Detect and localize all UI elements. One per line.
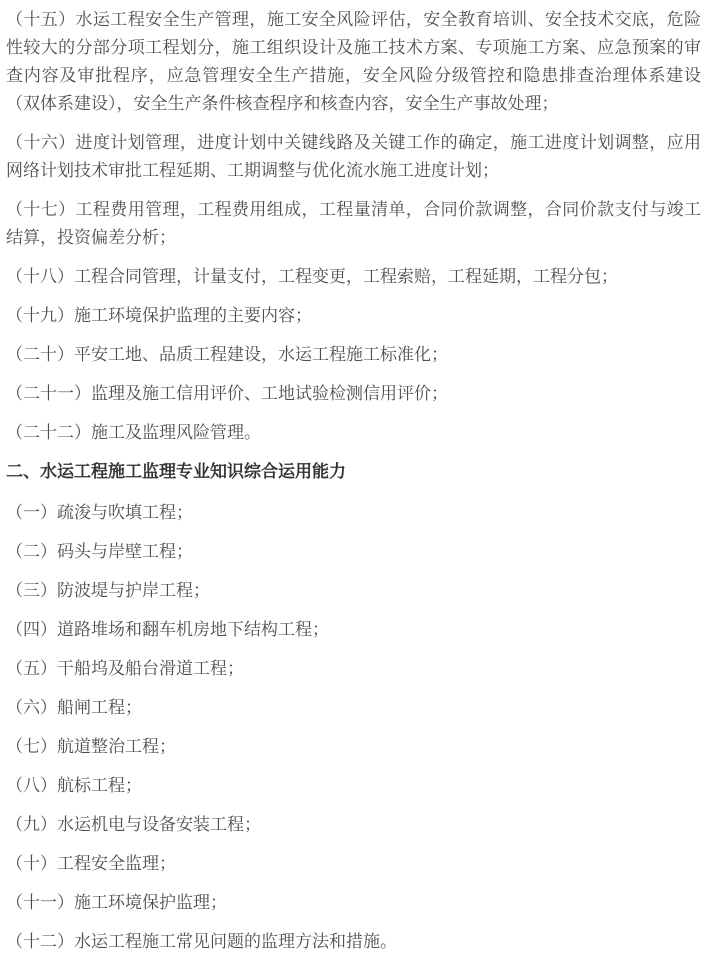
list-item-12: （十二）水运工程施工常见问题的监理方法和措施。 bbox=[6, 928, 701, 956]
paragraph-item-17: （十七）工程费用管理，工程费用组成，工程量清单，合同价款调整，合同价款支付与竣工… bbox=[6, 196, 701, 252]
list-item-8: （八）航标工程； bbox=[6, 772, 701, 800]
list-item-7: （七）航道整治工程； bbox=[6, 733, 701, 761]
paragraph-item-16: （十六）进度计划管理，进度计划中关键线路及关键工作的确定，施工进度计划调整，应用… bbox=[6, 129, 701, 185]
list-item-1: （一）疏浚与吹填工程； bbox=[6, 499, 701, 527]
list-item-9: （九）水运机电与设备安装工程； bbox=[6, 811, 701, 839]
list-item-6: （六）船闸工程； bbox=[6, 694, 701, 722]
paragraph-item-22: （二十二）施工及监理风险管理。 bbox=[6, 419, 701, 447]
list-item-4: （四）道路堆场和翻车机房地下结构工程； bbox=[6, 616, 701, 644]
list-item-5: （五）干船坞及船台滑道工程； bbox=[6, 655, 701, 683]
list-item-11: （十一）施工环境保护监理； bbox=[6, 889, 701, 917]
list-item-3: （三）防波堤与护岸工程； bbox=[6, 577, 701, 605]
paragraph-item-20: （二十）平安工地、品质工程建设，水运工程施工标准化； bbox=[6, 341, 701, 369]
paragraph-item-19: （十九）施工环境保护监理的主要内容； bbox=[6, 302, 701, 330]
document-body: （十五）水运工程安全生产管理，施工安全风险评估，安全教育培训、安全技术交底，危险… bbox=[0, 0, 707, 960]
section-heading: 二、水运工程施工监理专业知识综合运用能力 bbox=[6, 458, 701, 486]
paragraph-item-18: （十八）工程合同管理，计量支付，工程变更，工程索赔，工程延期，工程分包； bbox=[6, 263, 701, 291]
list-item-10: （十）工程安全监理； bbox=[6, 850, 701, 878]
list-item-2: （二）码头与岸壁工程； bbox=[6, 538, 701, 566]
paragraph-item-21: （二十一）监理及施工信用评价、工地试验检测信用评价； bbox=[6, 380, 701, 408]
paragraph-item-15: （十五）水运工程安全生产管理，施工安全风险评估，安全教育培训、安全技术交底，危险… bbox=[6, 6, 701, 118]
